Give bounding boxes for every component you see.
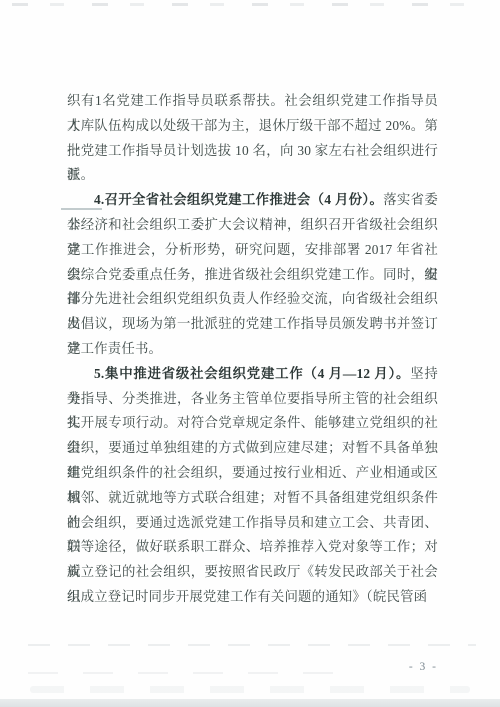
scan-streak-1 [28, 644, 476, 646]
text-line: 驻。 [67, 163, 438, 188]
scan-noise-top [12, 3, 486, 6]
document-page: 织有1名党建工作指导员联系帮扶。社会组织党建工作指导员人才库队伍构成以处级干部为… [0, 0, 500, 707]
text-line: 批党建工作指导员计划选拔 10 名，向 30 家左右社会组织进行派 [67, 139, 438, 164]
heading-segment: 4.召开全省社会组织党建工作推进会（4 月份）。 [94, 192, 383, 207]
text-line: 织成立登记时同步开展党建工作有关问题的通知》（皖民管函 [67, 585, 438, 610]
text-line: 5.集中推进省级社会组织党建工作（4 月—12 月）。坚持分 [67, 362, 438, 387]
text-line: 社会组织，要通过选派党建工作指导员和建立工会、共青团、妇 [67, 511, 438, 536]
text-segment: 建工作责任书。 [67, 341, 162, 356]
page-number: - 3 - [409, 661, 438, 673]
text-segment: 织成立登记时同步开展党建工作有关问题的通知》（皖民管函 [67, 589, 427, 604]
scan-streak-2 [28, 672, 358, 674]
text-line: 4.召开全省社会组织党建工作推进会（4 月份）。落实省委非 [67, 188, 438, 213]
text-line: 部分先进社会组织党组织负责人作经验交流，向省级社会组织发 [67, 287, 438, 312]
text-line: 公经济和社会组织工委扩大会议精神，组织召开省级社会组织党 [67, 213, 438, 238]
text-line: 成立登记的社会组织，要按照省民政厅《转发民政部关于社会组 [67, 560, 438, 585]
text-line: 组织，要通过单独组建的方式做到应建尽建；对暂不具备单独组 [67, 436, 438, 461]
text-line: 建工作推进会，分析形势，研究问题，安排部署 2017 年省社会组 [67, 238, 438, 263]
scan-blotch [30, 686, 470, 693]
text-line: 织有1名党建工作指导员联系帮扶。社会组织党建工作指导员人 [67, 89, 438, 114]
heading-segment: 5.集中推进省级社会组织党建工作（4 月—12 月）。 [94, 366, 410, 381]
text-line: 相邻、就近就地等方式联合组建；对暂不具备组建党组织条件的 [67, 486, 438, 511]
text-line: 出倡议，现场为第一批派驻的党建工作指导员颁发聘书并签订党 [67, 312, 438, 337]
document-body: 织有1名党建工作指导员联系帮扶。社会组织党建工作指导员人才库队伍构成以处级干部为… [67, 89, 438, 610]
text-line: 联等途径，做好联系职工群众、培养推荐入党对象等工作；对新 [67, 535, 438, 560]
scan-edge-band [0, 699, 500, 707]
text-line: 实开展专项行动。对符合党章规定条件、能够建立党组织的社会 [67, 411, 438, 436]
text-line: 建党组织条件的社会组织，要通过按行业相近、产业相通或区域 [67, 461, 438, 486]
text-segment: 驻。 [67, 167, 94, 182]
text-line: 类指导、分类推进，各业务主管单位要指导所主管的社会组织扎 [67, 387, 438, 412]
text-line: 织综合党委重点任务，推进省级社会组织党建工作。同时，安排 [67, 263, 438, 288]
text-line: 才库队伍构成以处级干部为主，退休厅级干部不超过 20%。第一 [67, 114, 438, 139]
text-line: 建工作责任书。 [67, 337, 438, 362]
